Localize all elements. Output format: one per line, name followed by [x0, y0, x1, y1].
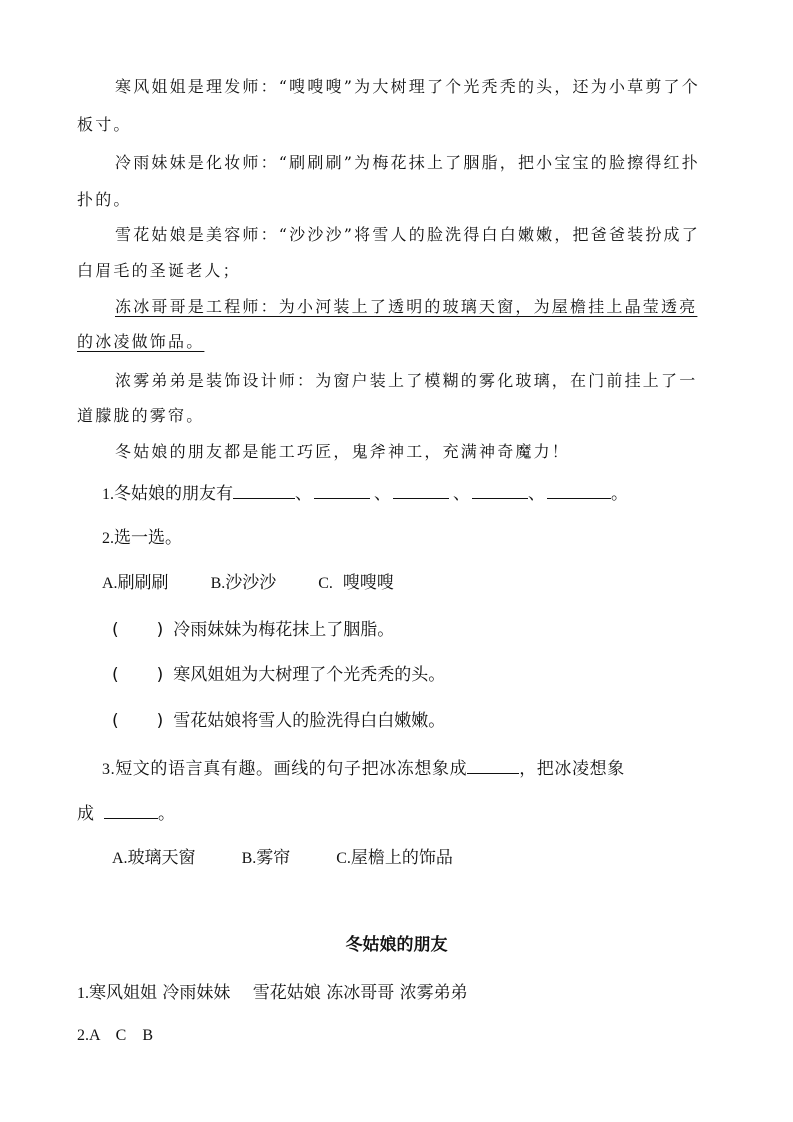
passage-paragraph-3-line-1: 雪花姑娘是美容师：“沙沙沙”将雪人的脸洗得白白嫩嫩，把爸爸装扮成了 — [115, 224, 700, 246]
question-3-text-part3: 成 — [77, 804, 94, 824]
answer-blank-3[interactable] — [393, 482, 449, 499]
option-b: B.沙沙沙 — [211, 573, 277, 593]
answer-blank-2[interactable] — [314, 482, 370, 499]
separator: 、 — [374, 484, 391, 504]
answer-2: 2.A C B — [77, 1024, 153, 1047]
paren-close: ) — [157, 620, 164, 640]
question-3-text-part2: ，把冰凌想象 — [519, 759, 625, 779]
option-a-text: 刷刷刷 — [118, 573, 169, 593]
answer-blank-5[interactable] — [547, 482, 611, 499]
item-text: 寒风姐姐为大树理了个光秃秃的头。 — [173, 665, 445, 685]
option-b-text: 雾帘 — [256, 848, 290, 868]
question-2-item-1: ()冷雨妹妹为梅花抹上了胭脂。 — [112, 619, 394, 641]
answer-1: 1.寒风姐姐 冷雨妹妹 雪花姑娘 冻冰哥哥 浓雾弟弟 — [77, 982, 468, 1005]
item-text: 冷雨妹妹为梅花抹上了胭脂。 — [173, 620, 394, 640]
answer-blank-4[interactable] — [472, 482, 528, 499]
paren-close: ) — [157, 665, 164, 685]
end-mark: 。 — [158, 804, 175, 824]
paren-open: ( — [112, 665, 119, 685]
question-3-text-part1: 短文的语言真有趣。画线的句子把冰冻想象成 — [115, 759, 467, 779]
answer-1-text: 寒风姐姐 冷雨妹妹 雪花姑娘 冻冰哥哥 浓雾弟弟 — [89, 983, 468, 1003]
passage-paragraph-3-line-2: 白眉毛的圣诞老人； — [77, 260, 241, 282]
question-3-line-1: 3.短文的语言真有趣。画线的句子把冰冻想象成，把冰凌想象 — [102, 757, 625, 781]
option-a: A.刷刷刷 — [102, 573, 169, 593]
passage-paragraph-5-line-2: 道朦胧的雾帘。 — [77, 405, 204, 427]
passage-paragraph-2-line-2: 扑的。 — [77, 189, 132, 211]
question-1-text: 冬姑娘的朋友有 — [114, 484, 233, 504]
answer-1-number: 1. — [77, 985, 89, 1002]
question-2-options: A.刷刷刷B.沙沙沙C.嗖嗖嗖 — [102, 572, 394, 595]
question-3-line-2: 成。 — [77, 802, 175, 825]
option-a-label: A. — [102, 575, 118, 592]
underlined-sentence-line-1: 冻冰哥哥是工程师：为小河装上了透明的玻璃天窗，为屋檐挂上晶莹透亮 — [115, 296, 697, 318]
answer-2-number: 2. — [77, 1027, 89, 1044]
option-c: C.嗖嗖嗖 — [318, 573, 394, 593]
option-c-text: 嗖嗖嗖 — [343, 573, 394, 593]
paren-open: ( — [112, 711, 119, 731]
option-b-label: B. — [211, 575, 226, 592]
document-page: 寒风姐姐是理发师：“嗖嗖嗖”为大树理了个光秃秃的头，还为小草剪了个 板寸。 冷雨… — [0, 0, 793, 1122]
question-2-item-2: ()寒风姐姐为大树理了个光秃秃的头。 — [112, 664, 445, 686]
paren-close: ) — [157, 711, 164, 731]
question-2: 2.选一选。 — [102, 527, 182, 550]
question-1: 1.冬姑娘的朋友有、、、、。 — [102, 482, 628, 506]
answer-blank-ice[interactable] — [467, 757, 519, 774]
question-2-item-3: ()雪花姑娘将雪人的脸洗得白白嫩嫩。 — [112, 710, 445, 732]
passage-paragraph-1-line-1: 寒风姐姐是理发师：“嗖嗖嗖”为大树理了个光秃秃的头，还为小草剪了个 — [115, 76, 700, 98]
passage-paragraph-2-line-1: 冷雨妹妹是化妆师：“刷刷刷”为梅花抹上了胭脂，把小宝宝的脸擦得红扑 — [115, 152, 700, 174]
option-b-label: B. — [242, 850, 257, 867]
option-c-label: C. — [318, 575, 333, 592]
question-2-text: 选一选。 — [114, 528, 182, 548]
option-a-label: A. — [112, 850, 128, 867]
end-mark: 。 — [611, 484, 628, 504]
question-3-options: A.玻璃天窗B.雾帘C.屋檐上的饰品 — [112, 847, 453, 870]
question-2-number: 2. — [102, 530, 114, 547]
answer-blank-icicle[interactable] — [104, 802, 158, 819]
question-1-number: 1. — [102, 486, 114, 503]
item-text: 雪花姑娘将雪人的脸洗得白白嫩嫩。 — [173, 711, 445, 731]
passage-paragraph-5-line-1: 浓雾弟弟是装饰设计师：为窗户装上了模糊的雾化玻璃，在门前挂上了一 — [115, 370, 697, 392]
passage-paragraph-1-line-2: 板寸。 — [77, 114, 132, 136]
passage-paragraph-6: 冬姑娘的朋友都是能工巧匠，鬼斧神工，充满神奇魔力！ — [115, 441, 570, 463]
option-c-label: C. — [336, 850, 351, 867]
option-b-text: 沙沙沙 — [225, 573, 276, 593]
underlined-sentence-line-2: 的冰凌做饰品。 — [77, 331, 204, 353]
separator: 、 — [453, 484, 470, 504]
answer-key-title: 冬姑娘的朋友 — [0, 930, 793, 955]
answer-blank-1[interactable] — [233, 482, 295, 499]
option-a-text: 玻璃天窗 — [128, 848, 196, 868]
separator: 、 — [528, 484, 545, 504]
question-3-number: 3. — [102, 761, 115, 778]
option-c-text: 屋檐上的饰品 — [351, 848, 453, 868]
paren-open: ( — [112, 620, 119, 640]
separator: 、 — [295, 484, 312, 504]
answer-2-text: A C B — [89, 1027, 153, 1044]
